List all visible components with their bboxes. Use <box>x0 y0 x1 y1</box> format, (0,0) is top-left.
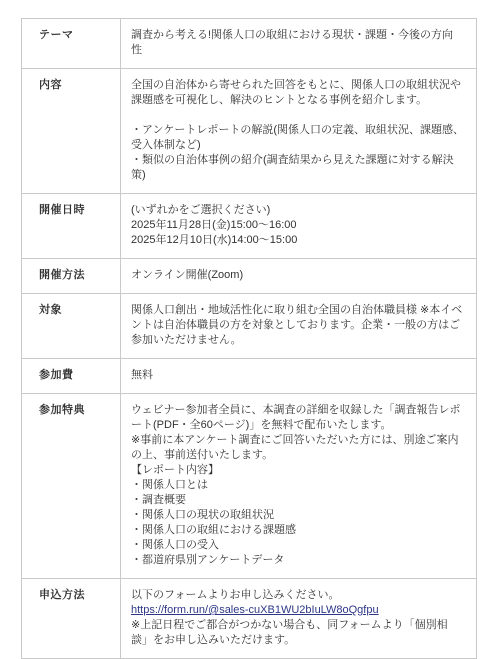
application-form-link[interactable]: https://form.run/@sales-cuXB1WU2bIuLW8oQ… <box>131 604 379 616</box>
table-row: 申込方法以下のフォームよりお申し込みください。https://form.run/… <box>22 579 477 659</box>
table-row: 開催日時(いずれかをご選択ください)2025年11月28日(金)15:00〜16… <box>22 194 477 259</box>
link-line: https://form.run/@sales-cuXB1WU2bIuLW8oQ… <box>131 603 464 618</box>
table-row: 対象関係人口創出・地域活性化に取り組む全国の自治体職員様 ※本イベントは自治体職… <box>22 294 477 359</box>
text-line: 【レポート内容】 <box>131 463 464 478</box>
text-line: ・関係人口の現状の取組状況 <box>131 508 464 523</box>
row-content: ウェビナー参加者全員に、本調査の詳細を収録した「調査報告レポート(PDF・全60… <box>121 394 477 579</box>
event-table-body: テーマ調査から考える!関係人口の取組における現状・課題・今後の方向性内容全国の自… <box>22 19 477 659</box>
text-line: ※事前に本アンケート調査にご回答いただいた方には、別途ご案内の上、事前送付いたし… <box>131 433 464 463</box>
row-content: オンライン開催(Zoom) <box>121 259 477 294</box>
text-line: 調査から考える!関係人口の取組における現状・課題・今後の方向性 <box>131 28 464 58</box>
row-label: 対象 <box>22 294 121 359</box>
row-label: 開催日時 <box>22 194 121 259</box>
table-row: 内容全国の自治体から寄せられた回答をもとに、関係人口の取組状況や課題感を可視化し… <box>22 69 477 194</box>
row-label: 参加費 <box>22 359 121 394</box>
text-line: 無料 <box>131 368 464 383</box>
blank-line <box>131 108 464 123</box>
row-content: 以下のフォームよりお申し込みください。https://form.run/@sal… <box>121 579 477 659</box>
row-content: 調査から考える!関係人口の取組における現状・課題・今後の方向性 <box>121 19 477 69</box>
text-line: ・類似の自治体事例の紹介(調査結果から見えた課題に対する解決策) <box>131 153 464 183</box>
row-label: テーマ <box>22 19 121 69</box>
text-line: ・関係人口の取組における課題感 <box>131 523 464 538</box>
event-info-table: テーマ調査から考える!関係人口の取組における現状・課題・今後の方向性内容全国の自… <box>21 18 477 659</box>
row-content: 無料 <box>121 359 477 394</box>
row-label: 参加特典 <box>22 394 121 579</box>
table-row: 参加費無料 <box>22 359 477 394</box>
table-row: 参加特典ウェビナー参加者全員に、本調査の詳細を収録した「調査報告レポート(PDF… <box>22 394 477 579</box>
text-line: ウェビナー参加者全員に、本調査の詳細を収録した「調査報告レポート(PDF・全60… <box>131 403 464 433</box>
text-line: ・都道府県別アンケートデータ <box>131 553 464 568</box>
text-line: 全国の自治体から寄せられた回答をもとに、関係人口の取組状況や課題感を可視化し、解… <box>131 78 464 108</box>
text-line: 2025年12月10日(水)14:00〜15:00 <box>131 233 464 248</box>
row-content: 全国の自治体から寄せられた回答をもとに、関係人口の取組状況や課題感を可視化し、解… <box>121 69 477 194</box>
text-line: オンライン開催(Zoom) <box>131 268 464 283</box>
text-line: ※上記日程でご都合がつかない場合も、同フォームより「個別相談」をお申し込みいただ… <box>131 618 464 648</box>
row-content: (いずれかをご選択ください)2025年11月28日(金)15:00〜16:002… <box>121 194 477 259</box>
row-label: 内容 <box>22 69 121 194</box>
text-line: ・関係人口の受入 <box>131 538 464 553</box>
row-content: 関係人口創出・地域活性化に取り組む全国の自治体職員様 ※本イベントは自治体職員の… <box>121 294 477 359</box>
text-line: ・関係人口とは <box>131 478 464 493</box>
text-line: ・アンケートレポートの解説(関係人口の定義、取組状況、課題感、受入体制など) <box>131 123 464 153</box>
table-row: 開催方法オンライン開催(Zoom) <box>22 259 477 294</box>
row-label: 申込方法 <box>22 579 121 659</box>
text-line: ・調査概要 <box>131 493 464 508</box>
text-line: (いずれかをご選択ください) <box>131 203 464 218</box>
table-row: テーマ調査から考える!関係人口の取組における現状・課題・今後の方向性 <box>22 19 477 69</box>
row-label: 開催方法 <box>22 259 121 294</box>
text-line: 関係人口創出・地域活性化に取り組む全国の自治体職員様 ※本イベントは自治体職員の… <box>131 303 464 348</box>
text-line: 2025年11月28日(金)15:00〜16:00 <box>131 218 464 233</box>
text-line: 以下のフォームよりお申し込みください。 <box>131 588 464 603</box>
